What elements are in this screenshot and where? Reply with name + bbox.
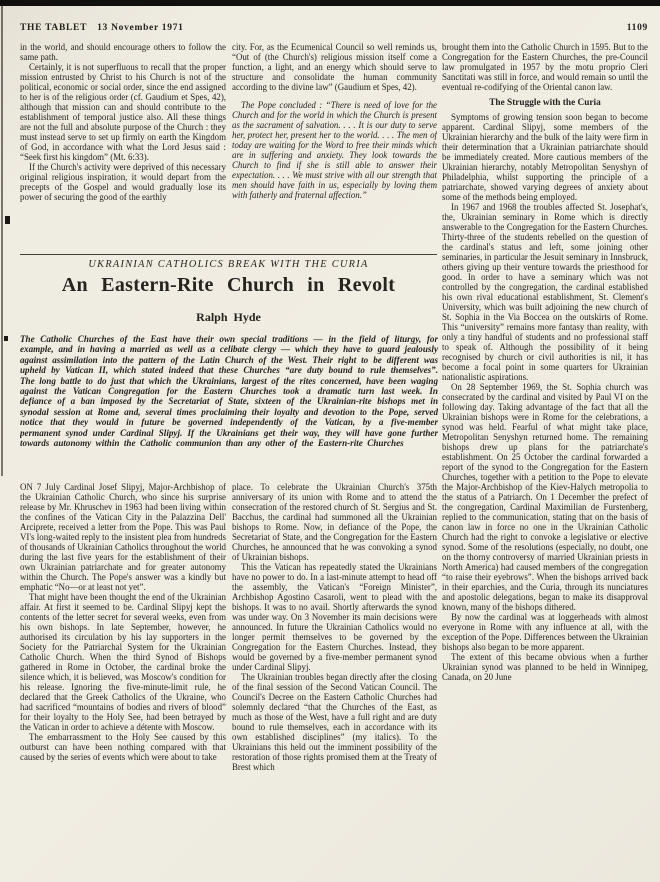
paragraph: This the Vatican has repeatedly stated t… [232,562,437,672]
paragraph: The extent of this became obvious when a… [442,652,648,682]
scan-edge-left [1,6,3,476]
paragraph: Symptoms of growing tension soon began t… [442,112,648,202]
journal-title: THE TABLET [20,23,87,33]
article-col2: place. To celebrate the Ukrainian Church… [232,482,437,860]
paragraph: In 1967 and 1968 the troubles affected S… [442,202,648,382]
subhead-struggle-with-curia: The Struggle with the Curia [442,98,648,108]
scan-edge-top [0,0,660,6]
prev-article-col1: in the world, and should encourage other… [20,42,226,251]
masthead-left: THE TABLET 13 November 1971 [20,23,184,33]
page-number: 1109 [627,23,648,33]
ink-mark [5,216,10,224]
prev-article-col2: city. For, as the Ecumenical Council so … [232,42,437,251]
article-headline: An Eastern-Rite Church in Revolt [20,274,437,297]
section-divider-rule [20,254,437,255]
magazine-page: THE TABLET 13 November 1971 1109 in the … [0,0,660,882]
paragraph: If the Church's activity were deprived o… [20,162,226,202]
paragraph: city. For, as the Ecumenical Council so … [232,42,437,92]
article-byline: Ralph Hyde [20,310,437,325]
paragraph: brought them into the Catholic Church in… [442,42,648,92]
paragraph: On 28 September 1969, the St. Sophia chu… [442,382,648,612]
pope-quote-paragraph: The Pope concluded : “There is need of l… [232,100,437,200]
article-col1: ON 7 July Cardinal Josef Slipyj, Major-A… [20,482,226,860]
paragraph: That might have been thought the end of … [20,592,226,732]
paragraph: Certainly, it is not superfluous to reca… [20,62,226,162]
paragraph: place. To celebrate the Ukrainian Church… [232,482,437,562]
article-lede: The Catholic Churches of the East have t… [20,334,438,481]
paragraph: The embarrassment to the Holy See caused… [20,732,226,762]
paragraph: By now the cardinal was at loggerheads w… [442,612,648,652]
issue-date: 13 November 1971 [97,23,184,33]
page-header: THE TABLET 13 November 1971 1109 [20,23,648,33]
ink-mark [4,336,8,341]
paragraph: ON 7 July Cardinal Josef Slipyj, Major-A… [20,482,226,592]
article-col3: brought them into the Catholic Church in… [442,42,648,860]
paragraph: The Ukrainian troubles began directly af… [232,672,437,772]
paragraph: in the world, and should encourage other… [20,42,226,62]
article-kicker: UKRAINIAN CATHOLICS BREAK WITH THE CURIA [20,259,437,270]
